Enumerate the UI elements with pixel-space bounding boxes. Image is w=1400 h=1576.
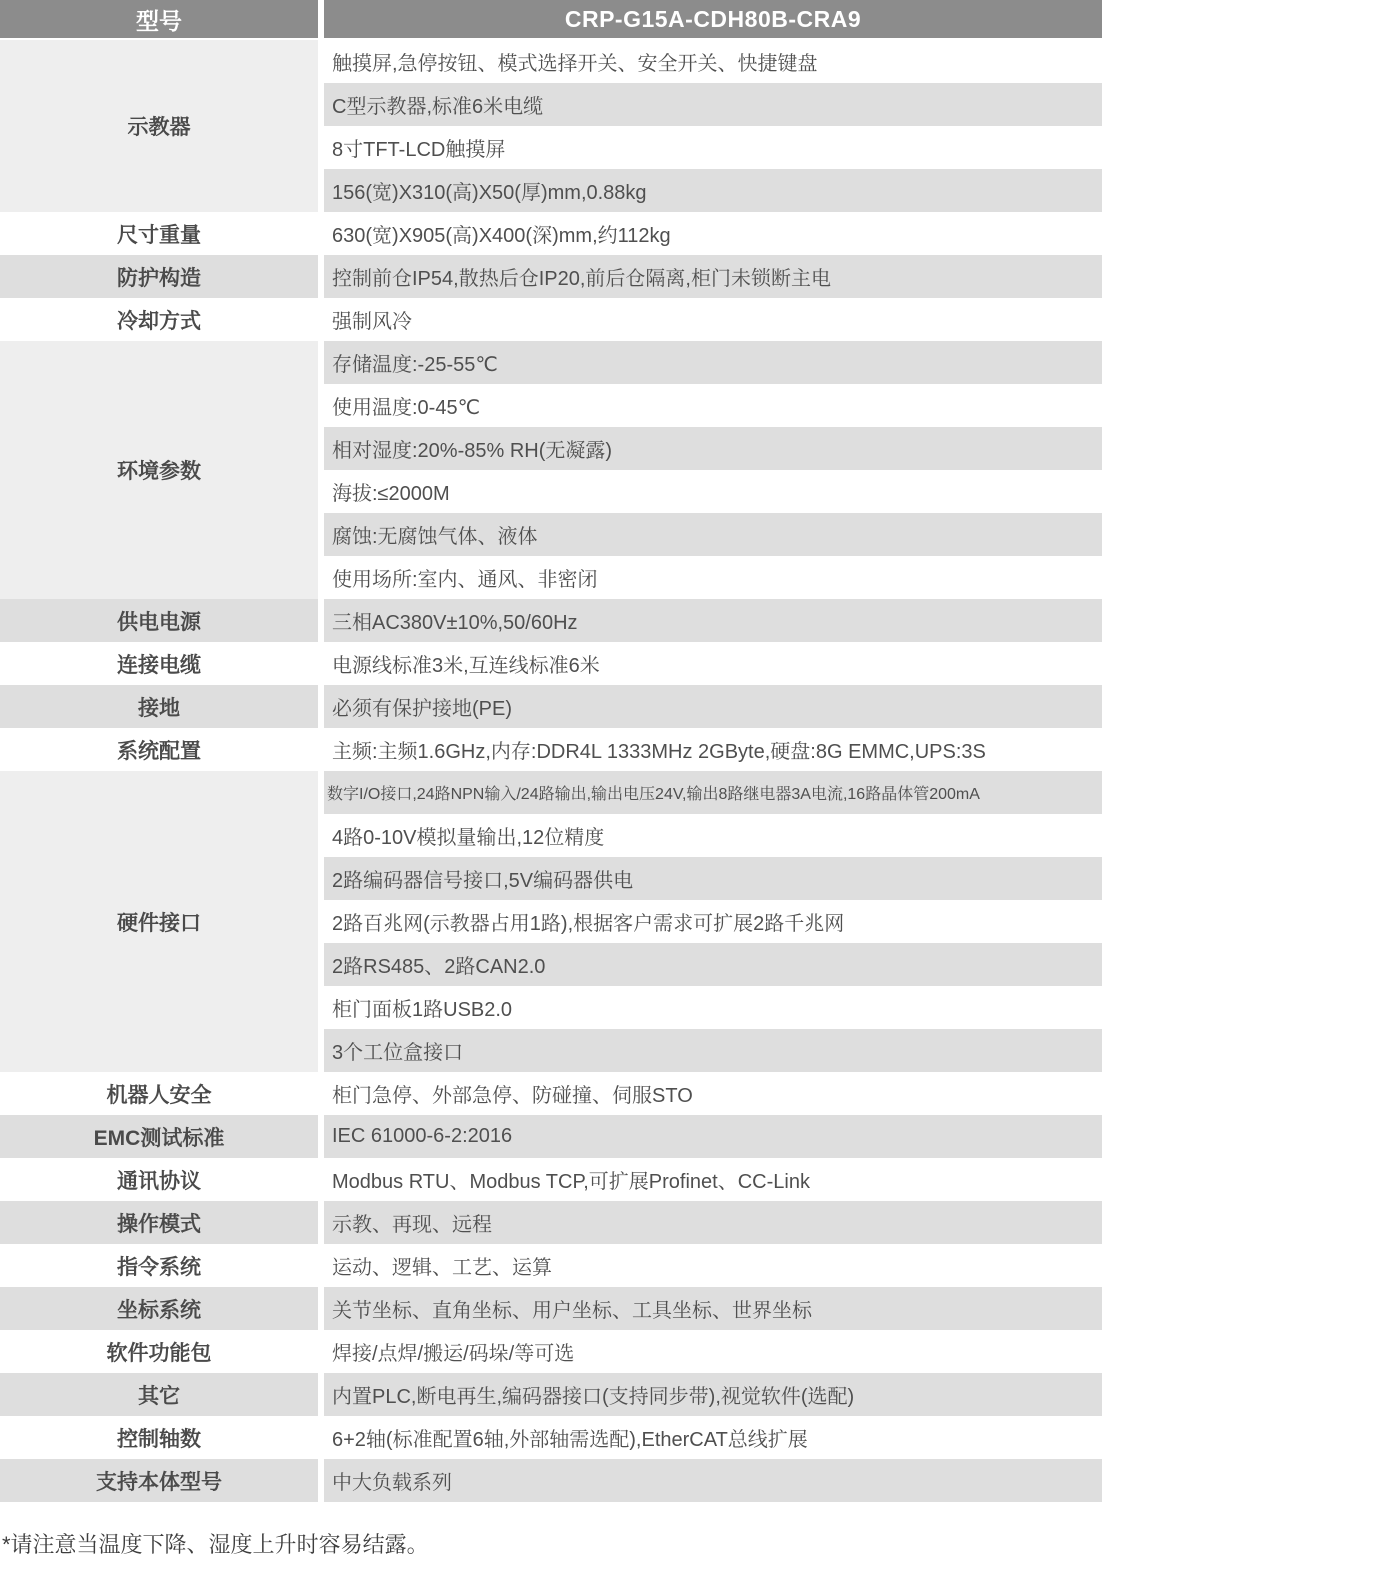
spec-value: 3个工位盒接口: [324, 1029, 1102, 1072]
spec-label: 坐标系统: [0, 1287, 318, 1330]
spec-value: 三相AC380V±10%,50/60Hz: [324, 599, 1102, 642]
spec-value: 焊接/点焊/搬运/码垛/等可选: [324, 1330, 1102, 1373]
spec-rows: 强制风冷: [324, 298, 1102, 341]
section-communication-protocol: 通讯协议 Modbus RTU、Modbus TCP,可扩展Profinet、C…: [0, 1158, 1102, 1201]
spec-value: 156(宽)X310(高)X50(厚)mm,0.88kg: [324, 169, 1102, 212]
spec-rows: 必须有保护接地(PE): [324, 685, 1102, 728]
section-cables: 连接电缆 电源线标准3米,互连线标准6米: [0, 642, 1102, 685]
section-software-packages: 软件功能包 焊接/点焊/搬运/码垛/等可选: [0, 1330, 1102, 1373]
spec-value: 海拔:≤2000M: [324, 470, 1102, 513]
section-robot-safety: 机器人安全 柜门急停、外部急停、防碰撞、伺服STO: [0, 1072, 1102, 1115]
spec-value: 示教、再现、远程: [324, 1201, 1102, 1244]
section-operation-mode: 操作模式 示教、再现、远程: [0, 1201, 1102, 1244]
section-instruction-system: 指令系统 运动、逻辑、工艺、运算: [0, 1244, 1102, 1287]
spec-label: 控制轴数: [0, 1416, 318, 1459]
spec-value: 控制前仓IP54,散热后仓IP20,前后仓隔离,柜门未锁断主电: [324, 255, 1102, 298]
spec-rows: 电源线标准3米,互连线标准6米: [324, 642, 1102, 685]
section-dimensions-weight: 尺寸重量 630(宽)X905(高)X400(深)mm,约112kg: [0, 212, 1102, 255]
spec-label: 示教器: [0, 40, 318, 212]
section-other: 其它 内置PLC,断电再生,编码器接口(支持同步带),视觉软件(选配): [0, 1373, 1102, 1416]
section-power-supply: 供电电源 三相AC380V±10%,50/60Hz: [0, 599, 1102, 642]
spec-label: 机器人安全: [0, 1072, 318, 1115]
spec-rows: 控制前仓IP54,散热后仓IP20,前后仓隔离,柜门未锁断主电: [324, 255, 1102, 298]
section-control-axes: 控制轴数 6+2轴(标准配置6轴,外部轴需选配),EtherCAT总线扩展: [0, 1416, 1102, 1459]
spec-rows: 6+2轴(标准配置6轴,外部轴需选配),EtherCAT总线扩展: [324, 1416, 1102, 1459]
spec-value: 数字I/O接口,24路NPN输入/24路输出,输出电压24V,输出8路继电器3A…: [324, 771, 1102, 814]
table-header-row: 型号 CRP-G15A-CDH80B-CRA9: [0, 0, 1102, 38]
spec-value: 相对湿度:20%-85% RH(无凝露): [324, 427, 1102, 470]
spec-value: Modbus RTU、Modbus TCP,可扩展Profinet、CC-Lin…: [324, 1158, 1102, 1201]
spec-value: 630(宽)X905(高)X400(深)mm,约112kg: [324, 212, 1102, 255]
spec-rows: 焊接/点焊/搬运/码垛/等可选: [324, 1330, 1102, 1373]
spec-label: 连接电缆: [0, 642, 318, 685]
spec-value: 存储温度:-25-55℃: [324, 341, 1102, 384]
spec-value: 2路编码器信号接口,5V编码器供电: [324, 857, 1102, 900]
section-hardware-interface: 硬件接口 数字I/O接口,24路NPN输入/24路输出,输出电压24V,输出8路…: [0, 771, 1102, 1072]
spec-value: 主频:主频1.6GHz,内存:DDR4L 1333MHz 2GByte,硬盘:8…: [324, 728, 1102, 771]
spec-value: 运动、逻辑、工艺、运算: [324, 1244, 1102, 1287]
spec-label: 系统配置: [0, 728, 318, 771]
spec-value: 中大负载系列: [324, 1459, 1102, 1502]
spec-rows: 关节坐标、直角坐标、用户坐标、工具坐标、世界坐标: [324, 1287, 1102, 1330]
condensation-footnote: *请注意当温度下降、湿度上升时容易结露。: [0, 1528, 1400, 1559]
spec-value: 2路百兆网(示教器占用1路),根据客户需求可扩展2路千兆网: [324, 900, 1102, 943]
spec-label: 通讯协议: [0, 1158, 318, 1201]
spec-value: 使用温度:0-45℃: [324, 384, 1102, 427]
section-environment: 环境参数 存储温度:-25-55℃ 使用温度:0-45℃ 相对湿度:20%-85…: [0, 341, 1102, 599]
spec-rows: 数字I/O接口,24路NPN输入/24路输出,输出电压24V,输出8路继电器3A…: [324, 771, 1102, 1072]
spec-value: 2路RS485、2路CAN2.0: [324, 943, 1102, 986]
spec-label: 防护构造: [0, 255, 318, 298]
spec-rows: 存储温度:-25-55℃ 使用温度:0-45℃ 相对湿度:20%-85% RH(…: [324, 341, 1102, 599]
spec-value: 8寸TFT-LCD触摸屏: [324, 126, 1102, 169]
header-model-label: 型号: [0, 0, 318, 38]
spec-value: 关节坐标、直角坐标、用户坐标、工具坐标、世界坐标: [324, 1287, 1102, 1330]
spec-label: 操作模式: [0, 1201, 318, 1244]
spec-value: 腐蚀:无腐蚀气体、液体: [324, 513, 1102, 556]
spec-value: 使用场所:室内、通风、非密闭: [324, 556, 1102, 599]
spec-label: 冷却方式: [0, 298, 318, 341]
spec-rows: 示教、再现、远程: [324, 1201, 1102, 1244]
spec-label: 尺寸重量: [0, 212, 318, 255]
spec-label: 接地: [0, 685, 318, 728]
section-coordinate-system: 坐标系统 关节坐标、直角坐标、用户坐标、工具坐标、世界坐标: [0, 1287, 1102, 1330]
spec-value: 电源线标准3米,互连线标准6米: [324, 642, 1102, 685]
spec-value: 触摸屏,急停按钮、模式选择开关、安全开关、快捷键盘: [324, 40, 1102, 83]
spec-rows: 运动、逻辑、工艺、运算: [324, 1244, 1102, 1287]
section-grounding: 接地 必须有保护接地(PE): [0, 685, 1102, 728]
spec-label: 其它: [0, 1373, 318, 1416]
section-system-config: 系统配置 主频:主频1.6GHz,内存:DDR4L 1333MHz 2GByte…: [0, 728, 1102, 771]
spec-label: 指令系统: [0, 1244, 318, 1287]
spec-value: 必须有保护接地(PE): [324, 685, 1102, 728]
spec-rows: IEC 61000-6-2:2016: [324, 1115, 1102, 1158]
spec-rows: 三相AC380V±10%,50/60Hz: [324, 599, 1102, 642]
spec-value: 6+2轴(标准配置6轴,外部轴需选配),EtherCAT总线扩展: [324, 1416, 1102, 1459]
spec-value: 4路0-10V模拟量输出,12位精度: [324, 814, 1102, 857]
spec-value: 强制风冷: [324, 298, 1102, 341]
spec-rows: 中大负载系列: [324, 1459, 1102, 1502]
spec-rows: 630(宽)X905(高)X400(深)mm,约112kg: [324, 212, 1102, 255]
section-supported-bodies: 支持本体型号 中大负载系列: [0, 1459, 1102, 1502]
section-cooling: 冷却方式 强制风冷: [0, 298, 1102, 341]
spec-value: 柜门急停、外部急停、防碰撞、伺服STO: [324, 1072, 1102, 1115]
spec-value: 柜门面板1路USB2.0: [324, 986, 1102, 1029]
section-teach-pendant: 示教器 触摸屏,急停按钮、模式选择开关、安全开关、快捷键盘 C型示教器,标准6米…: [0, 40, 1102, 212]
spec-value: 内置PLC,断电再生,编码器接口(支持同步带),视觉软件(选配): [324, 1373, 1102, 1416]
spec-rows: Modbus RTU、Modbus TCP,可扩展Profinet、CC-Lin…: [324, 1158, 1102, 1201]
section-emc-standard: EMC测试标准 IEC 61000-6-2:2016: [0, 1115, 1102, 1158]
spec-label: 供电电源: [0, 599, 318, 642]
spec-label: 环境参数: [0, 341, 318, 599]
header-model-number: CRP-G15A-CDH80B-CRA9: [324, 0, 1102, 38]
section-protection: 防护构造 控制前仓IP54,散热后仓IP20,前后仓隔离,柜门未锁断主电: [0, 255, 1102, 298]
spec-rows: 内置PLC,断电再生,编码器接口(支持同步带),视觉软件(选配): [324, 1373, 1102, 1416]
spec-value: IEC 61000-6-2:2016: [324, 1115, 1102, 1158]
spec-label: EMC测试标准: [0, 1115, 318, 1158]
spec-label: 支持本体型号: [0, 1459, 318, 1502]
spec-label: 软件功能包: [0, 1330, 318, 1373]
spec-rows: 主频:主频1.6GHz,内存:DDR4L 1333MHz 2GByte,硬盘:8…: [324, 728, 1102, 771]
spec-rows: 触摸屏,急停按钮、模式选择开关、安全开关、快捷键盘 C型示教器,标准6米电缆 8…: [324, 40, 1102, 212]
spec-rows: 柜门急停、外部急停、防碰撞、伺服STO: [324, 1072, 1102, 1115]
spec-value: C型示教器,标准6米电缆: [324, 83, 1102, 126]
spec-table: 型号 CRP-G15A-CDH80B-CRA9 示教器 触摸屏,急停按钮、模式选…: [0, 0, 1102, 1502]
spec-label: 硬件接口: [0, 771, 318, 1072]
